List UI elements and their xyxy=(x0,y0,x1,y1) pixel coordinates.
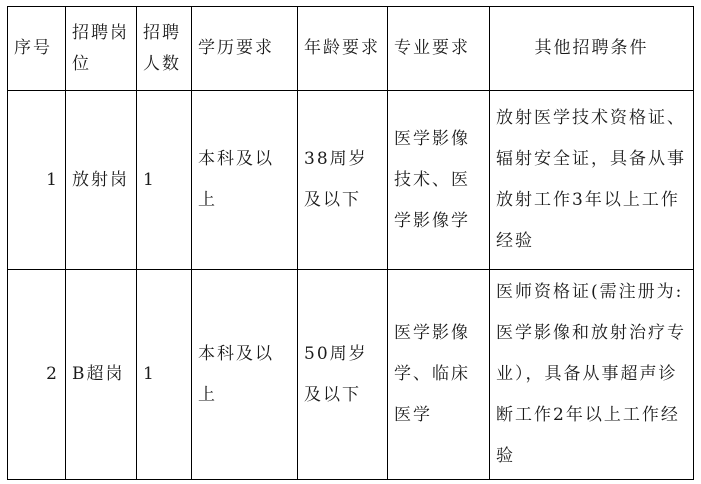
cell-other: 放射医学技术资格证、辐射安全证，具备从事放射工作3年以上工作经验 xyxy=(490,91,694,270)
header-age: 年龄要求 xyxy=(298,7,388,91)
cell-major: 医学影像学、临床医学 xyxy=(388,270,490,480)
cell-position: 放射岗 xyxy=(66,91,137,270)
cell-age: 50周岁及以下 xyxy=(298,270,388,480)
cell-age: 38周岁及以下 xyxy=(298,91,388,270)
header-index: 序号 xyxy=(8,7,66,91)
cell-count: 1 xyxy=(137,91,192,270)
recruitment-table: 序号 招聘岗位 招聘人数 学历要求 年龄要求 专业要求 其他招聘条件 1 放射岗… xyxy=(7,6,694,480)
header-position: 招聘岗位 xyxy=(66,7,137,91)
cell-count: 1 xyxy=(137,270,192,480)
cell-other: 医师资格证(需注册为:医学影像和放射治疗专业），具备从事超声诊断工作2年以上工作… xyxy=(490,270,694,480)
header-count: 招聘人数 xyxy=(137,7,192,91)
header-major: 专业要求 xyxy=(388,7,490,91)
table-row: 2 B超岗 1 本科及以上 50周岁及以下 医学影像学、临床医学 医师资格证(需… xyxy=(8,270,694,480)
cell-index: 2 xyxy=(8,270,66,480)
cell-index: 1 xyxy=(8,91,66,270)
header-other: 其他招聘条件 xyxy=(490,7,694,91)
table-row: 1 放射岗 1 本科及以上 38周岁及以下 医学影像技术、医学影像学 放射医学技… xyxy=(8,91,694,270)
cell-position: B超岗 xyxy=(66,270,137,480)
cell-education: 本科及以上 xyxy=(192,91,298,270)
header-education: 学历要求 xyxy=(192,7,298,91)
cell-education: 本科及以上 xyxy=(192,270,298,480)
header-row: 序号 招聘岗位 招聘人数 学历要求 年龄要求 专业要求 其他招聘条件 xyxy=(8,7,694,91)
cell-major: 医学影像技术、医学影像学 xyxy=(388,91,490,270)
